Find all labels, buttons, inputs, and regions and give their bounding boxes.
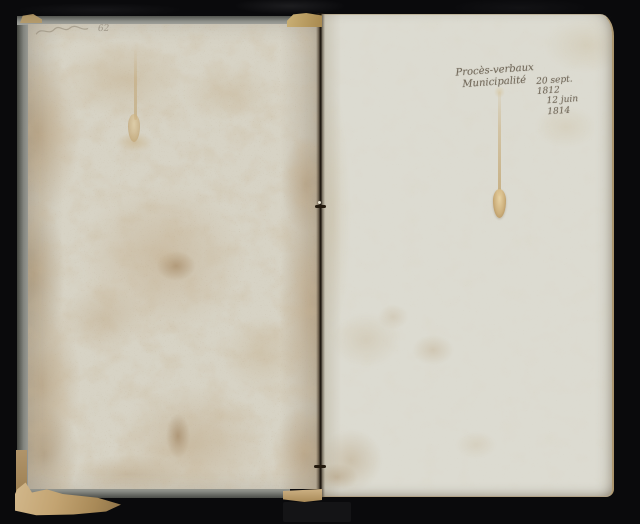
- binding-stitch-top: [315, 205, 326, 208]
- cover-number: 62: [98, 24, 110, 34]
- scanner-artifact: [283, 502, 351, 522]
- binding-stitch-dot: [318, 201, 321, 204]
- handwritten-inscription: Procès-verbaux Municipalité 20 sept. 181…: [445, 58, 599, 124]
- left-page-foxing-texture: [28, 24, 321, 489]
- left-drip-stain-pool: [118, 132, 152, 152]
- illegible-scribble: [34, 22, 90, 38]
- left-drip-stain-line: [134, 50, 137, 120]
- book-gutter: [316, 13, 325, 498]
- inscription-dates: 20 sept. 1812 12 juin 1814: [536, 72, 599, 117]
- inscription-date-end: 12 juin 1814: [546, 93, 598, 117]
- faint-pencil-marks: 62: [34, 22, 110, 39]
- torn-paper-bottom-gutter: [283, 489, 322, 502]
- binding-stitch-bottom: [314, 465, 326, 468]
- book-scan: Procès-verbaux Municipalité 20 sept. 181…: [0, 0, 640, 524]
- left-page: [28, 24, 321, 489]
